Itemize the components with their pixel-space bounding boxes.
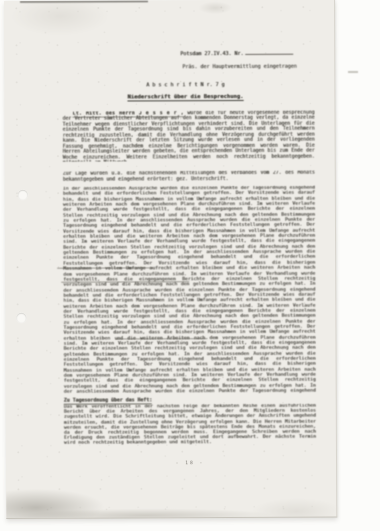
paragraph-1-body: wurde die für heute vorgesehene Besprech… [63,111,315,162]
page-number-marker: - 18 - [64,461,316,467]
scan-artifact-dash [348,71,358,73]
paragraph-2-intro: Zur Lage wurden u.a. die nachstehenden M… [63,171,315,185]
paragraph-4-heading: Zu Tagesordnung über das Heft: [64,397,152,403]
document-heading-line1: A b s c h r i f t N r. 7 g [104,82,266,89]
underline-blank [245,50,293,55]
punch-hole-top [18,190,28,200]
paragraph-1: Lt. Mitt. des Herrn J e s s e r , wurde … [62,111,314,162]
document-page: Potsdam 27.IV.43. Nr. Präs. der Hauptver… [4,0,337,519]
header-date-text: Potsdam 27.IV.43. Nr. [180,51,243,57]
punch-hole-bottom [16,313,26,323]
scan-background: Potsdam 27.IV.43. Nr. Präs. der Hauptver… [0,0,380,531]
paragraph-4-body: Das Werk veröffentlicht in der nächsten … [64,404,316,447]
scanner-edge-artifact [20,0,148,3]
main-text-block: In der anschliessenden Aussprache wurden… [63,186,316,394]
header-date-line: Potsdam 27.IV.43. Nr. [180,50,293,57]
header-reference-line: Präs. der Hauptvermittlung eingetragen [182,64,296,70]
document-heading-underlined-title: Niederschrift über die Besprechung. [104,94,266,102]
